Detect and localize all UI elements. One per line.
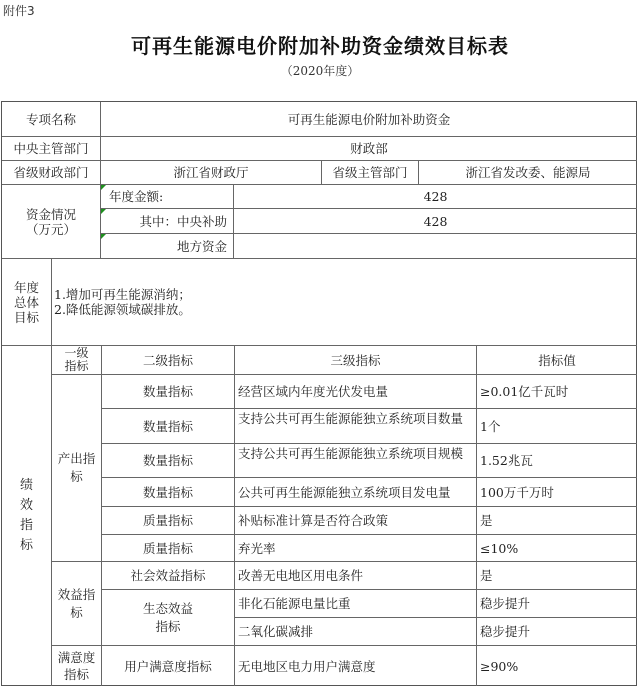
value-cell: ≥0.01亿千瓦时 — [477, 375, 637, 409]
central-dept-label: 中央主管部门 — [2, 137, 101, 161]
level2-eco-line: 生态效益 — [143, 600, 193, 618]
project-name-value: 可再生能源电价附加补助资金 — [101, 102, 637, 137]
annual-amount-value: 428 — [234, 185, 637, 209]
annual-amount-label-text: 年度金额: — [109, 189, 163, 204]
level2-cell: 质量指标 — [102, 507, 235, 535]
project-name-label: 专项名称 — [2, 102, 101, 137]
page-title: 可再生能源电价附加补助资金绩效目标表 — [0, 30, 640, 59]
level3-cell: 支持公共可再生能源能独立系统项目数量 — [235, 409, 477, 444]
funds-label-line2: （万元） — [26, 222, 76, 237]
value-cell: ≥90% — [477, 646, 637, 686]
annual-goals-label: 年度 总体 目标 — [2, 259, 52, 346]
section-label-char: 指 — [20, 516, 33, 536]
value-cell: 1.52兆瓦 — [477, 444, 637, 478]
goals-label-line: 目标 — [14, 310, 39, 325]
header-level2: 二级指标 — [102, 346, 235, 375]
level3-cell: 经营区域内年度光伏发电量 — [235, 375, 477, 409]
goals-label-line: 总体 — [14, 295, 39, 310]
level3-cell: 二氧化碳减排 — [235, 618, 477, 646]
provincial-finance-value: 浙江省财政厅 — [101, 161, 322, 185]
provincial-dept-value: 浙江省发改委、能源局 — [419, 161, 637, 185]
goals-label-line: 年度 — [14, 280, 39, 295]
central-dept-value: 财政部 — [101, 137, 637, 161]
cell-indicator-triangle-icon — [101, 185, 106, 190]
level3-cell: 非化石能源电量比重 — [235, 590, 477, 618]
provincial-finance-label: 省级财政部门 — [2, 161, 101, 185]
level3-cell: 支持公共可再生能源能独立系统项目规模 — [235, 444, 477, 478]
value-cell: 是 — [477, 562, 637, 590]
section-label-char: 效 — [20, 496, 33, 516]
level2-cell: 数量指标 — [102, 444, 235, 478]
central-subsidy-label: 其中：中央补助 — [101, 209, 234, 234]
level3-cell: 补贴标准计算是否符合政策 — [235, 507, 477, 535]
level2-cell: 社会效益指标 — [102, 562, 235, 590]
level1-satisfaction-line: 满意度 — [58, 649, 96, 666]
header-level1-line: 指标 — [64, 360, 88, 373]
goal-item: 1.增加可再生能源消纳； — [54, 287, 191, 302]
annual-goals-content: 1.增加可再生能源消纳； 2.降低能源领域碳排放。 — [52, 259, 637, 346]
level2-cell: 用户满意度指标 — [102, 646, 235, 686]
level3-cell: 改善无电地区用电条件 — [235, 562, 477, 590]
value-cell: 100万千万时 — [477, 478, 637, 507]
level2-eco-line: 指标 — [155, 618, 180, 636]
level2-cell: 数量指标 — [102, 409, 235, 444]
attachment-label: 附件3 — [3, 2, 35, 19]
value-cell: 稳步提升 — [477, 618, 637, 646]
performance-indicators-label: 绩 效 指 标 — [2, 346, 52, 686]
level3-cell: 无电地区电力用户满意度 — [235, 646, 477, 686]
value-cell: 1个 — [477, 409, 637, 444]
cell-indicator-triangle-icon — [101, 209, 106, 214]
level2-cell: 质量指标 — [102, 535, 235, 562]
level3-cell: 弃光率 — [235, 535, 477, 562]
goal-item: 2.降低能源领域碳排放。 — [54, 302, 191, 317]
header-level3: 三级指标 — [235, 346, 477, 375]
level2-cell: 数量指标 — [102, 375, 235, 409]
value-cell: 是 — [477, 507, 637, 535]
value-cell: 稳步提升 — [477, 590, 637, 618]
local-funds-label-text: 地方资金 — [177, 239, 227, 254]
header-level1: 一级 指标 — [52, 346, 102, 375]
central-subsidy-label-text: 其中：中央补助 — [139, 214, 227, 229]
level1-benefit-line: 效益指 — [58, 586, 96, 604]
provincial-dept-label: 省级主管部门 — [322, 161, 419, 185]
level2-cell: 数量指标 — [102, 478, 235, 507]
funds-label-line1: 资金情况 — [26, 207, 76, 222]
level1-benefit-line: 标 — [70, 604, 83, 622]
level2-eco-merged: 生态效益 指标 — [102, 590, 235, 646]
annual-amount-label: 年度金额: — [101, 185, 234, 209]
level1-benefit: 效益指 标 — [52, 562, 102, 646]
central-subsidy-value: 428 — [234, 209, 637, 234]
level1-output-line: 标 — [70, 468, 83, 486]
level1-satisfaction: 满意度 指标 — [52, 646, 102, 686]
level1-output-line: 产出指 — [58, 450, 96, 468]
section-label-char: 绩 — [20, 476, 33, 496]
header-value: 指标值 — [477, 346, 637, 375]
section-label-char: 标 — [20, 536, 33, 556]
local-funds-value — [234, 234, 637, 259]
local-funds-label: 地方资金 — [101, 234, 234, 259]
level3-cell: 公共可再生能源能独立系统项目发电量 — [235, 478, 477, 507]
funds-label: 资金情况 （万元） — [2, 185, 101, 259]
performance-target-table: 专项名称 可再生能源电价附加补助资金 中央主管部门 财政部 省级财政部门 浙江省… — [1, 101, 637, 686]
cell-indicator-triangle-icon — [101, 234, 106, 239]
level1-output: 产出指 标 — [52, 375, 102, 562]
level1-satisfaction-line: 指标 — [64, 666, 89, 683]
page-subtitle: （2020年度） — [0, 62, 640, 79]
value-cell: ≤10% — [477, 535, 637, 562]
